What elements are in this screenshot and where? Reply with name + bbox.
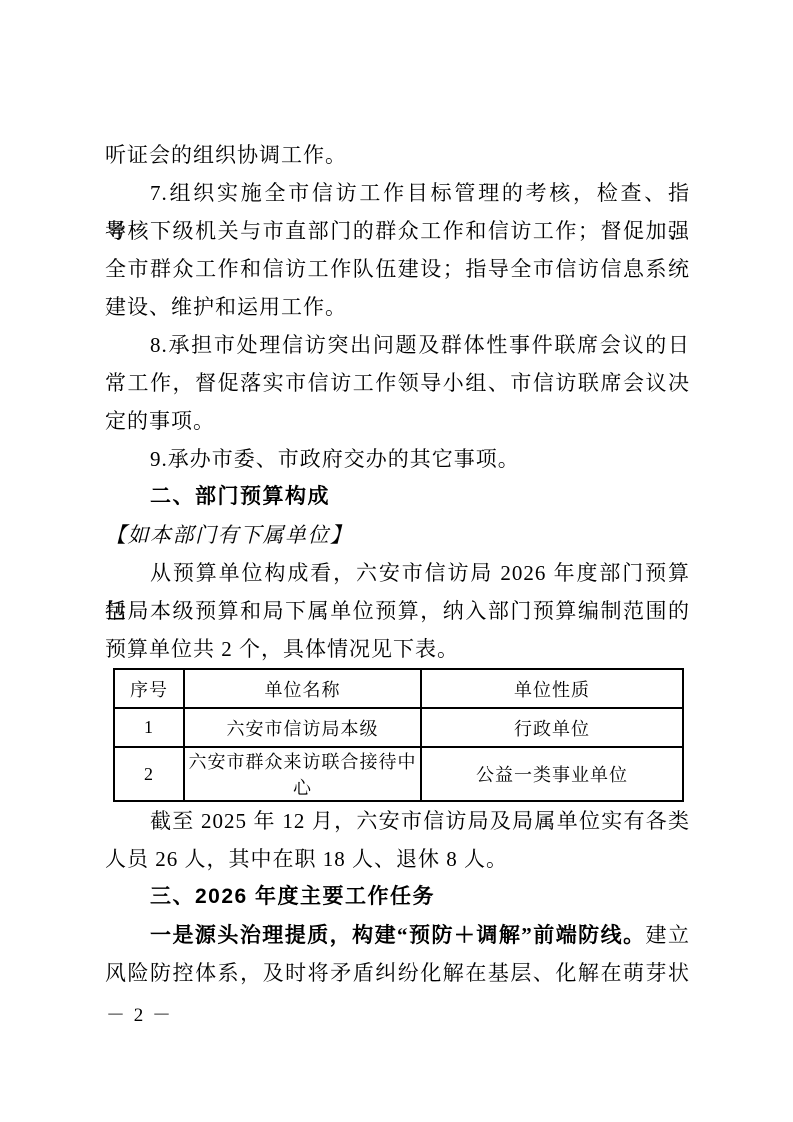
paragraph-budget-line-2: 括局本级预算和局下属单位预算，纳入部门预算编制范围的 — [105, 592, 690, 630]
task-line-rest: 建立 — [646, 923, 690, 947]
paragraph-task-line-2: 风险防控体系，及时将矛盾纠纷化解在基层、化解在萌芽状 — [105, 954, 690, 992]
paragraph-task-line-1: 一是源头治理提质，构建“预防＋调解”前端防线。建立 — [105, 916, 690, 954]
paragraph-7-line-4: 建设、维护和运用工作。 — [105, 288, 690, 326]
budget-units-table: 序号 单位名称 单位性质 1 六安市信访局本级 行政单位 2 六安市群众来访联合… — [113, 668, 684, 802]
paragraph-staff-line-1: 截至 2025 年 12 月，六安市信访局及局属单位实有各类 — [105, 802, 690, 840]
document-page: 听证会的组织协调工作。 7.组织实施全市信访工作目标管理的考核，检查、指导、 考… — [0, 0, 793, 1122]
paragraph-budget-line-3: 预算单位共 2 个，具体情况见下表。 — [105, 630, 690, 668]
paragraph-9-line: 9.承办市委、市政府交办的其它事项。 — [105, 440, 690, 478]
cell-unit-type: 行政单位 — [421, 708, 683, 747]
table-row: 2 六安市群众来访联合接待中心 公益一类事业单位 — [114, 747, 683, 801]
cell-unit-type: 公益一类事业单位 — [421, 747, 683, 801]
paragraph-8-line-2: 常工作，督促落实市信访工作领导小组、市信访联席会议决 — [105, 364, 690, 402]
cell-index: 2 — [114, 747, 184, 801]
table-header-unit-type: 单位性质 — [421, 669, 683, 708]
section-heading-budget-composition: 二、部门预算构成 — [105, 478, 690, 516]
section-heading-work-tasks: 三、2026 年度主要工作任务 — [105, 878, 690, 916]
task-bold-lead: 一是源头治理提质，构建“预防＋调解”前端防线。 — [150, 923, 646, 947]
paragraph-7-line-2: 考核下级机关与市直部门的群众工作和信访工作；督促加强 — [105, 212, 690, 250]
paragraph-7-line-3: 全市群众工作和信访工作队伍建设；指导全市信访信息系统 — [105, 250, 690, 288]
table-header-index: 序号 — [114, 669, 184, 708]
paragraph-7-line-1: 7.组织实施全市信访工作目标管理的考核，检查、指导、 — [105, 174, 690, 212]
page-number: － 2 － — [106, 1000, 173, 1027]
paragraph-continuation-line: 听证会的组织协调工作。 — [105, 136, 690, 174]
table-header-row: 序号 单位名称 单位性质 — [114, 669, 683, 708]
document-body: 听证会的组织协调工作。 7.组织实施全市信访工作目标管理的考核，检查、指导、 考… — [105, 136, 690, 992]
paragraph-8-line-1: 8.承担市处理信访突出问题及群体性事件联席会议的日 — [105, 326, 690, 364]
cell-index: 1 — [114, 708, 184, 747]
bracket-note: 【如本部门有下属单位】 — [105, 516, 690, 554]
paragraph-staff-line-2: 人员 26 人，其中在职 18 人、退休 8 人。 — [105, 840, 690, 878]
table-row: 1 六安市信访局本级 行政单位 — [114, 708, 683, 747]
paragraph-8-line-3: 定的事项。 — [105, 402, 690, 440]
table-header-unit-name: 单位名称 — [184, 669, 421, 708]
cell-unit-name: 六安市群众来访联合接待中心 — [184, 747, 421, 801]
paragraph-budget-line-1: 从预算单位构成看，六安市信访局 2026 年度部门预算包 — [105, 554, 690, 592]
cell-unit-name: 六安市信访局本级 — [184, 708, 421, 747]
